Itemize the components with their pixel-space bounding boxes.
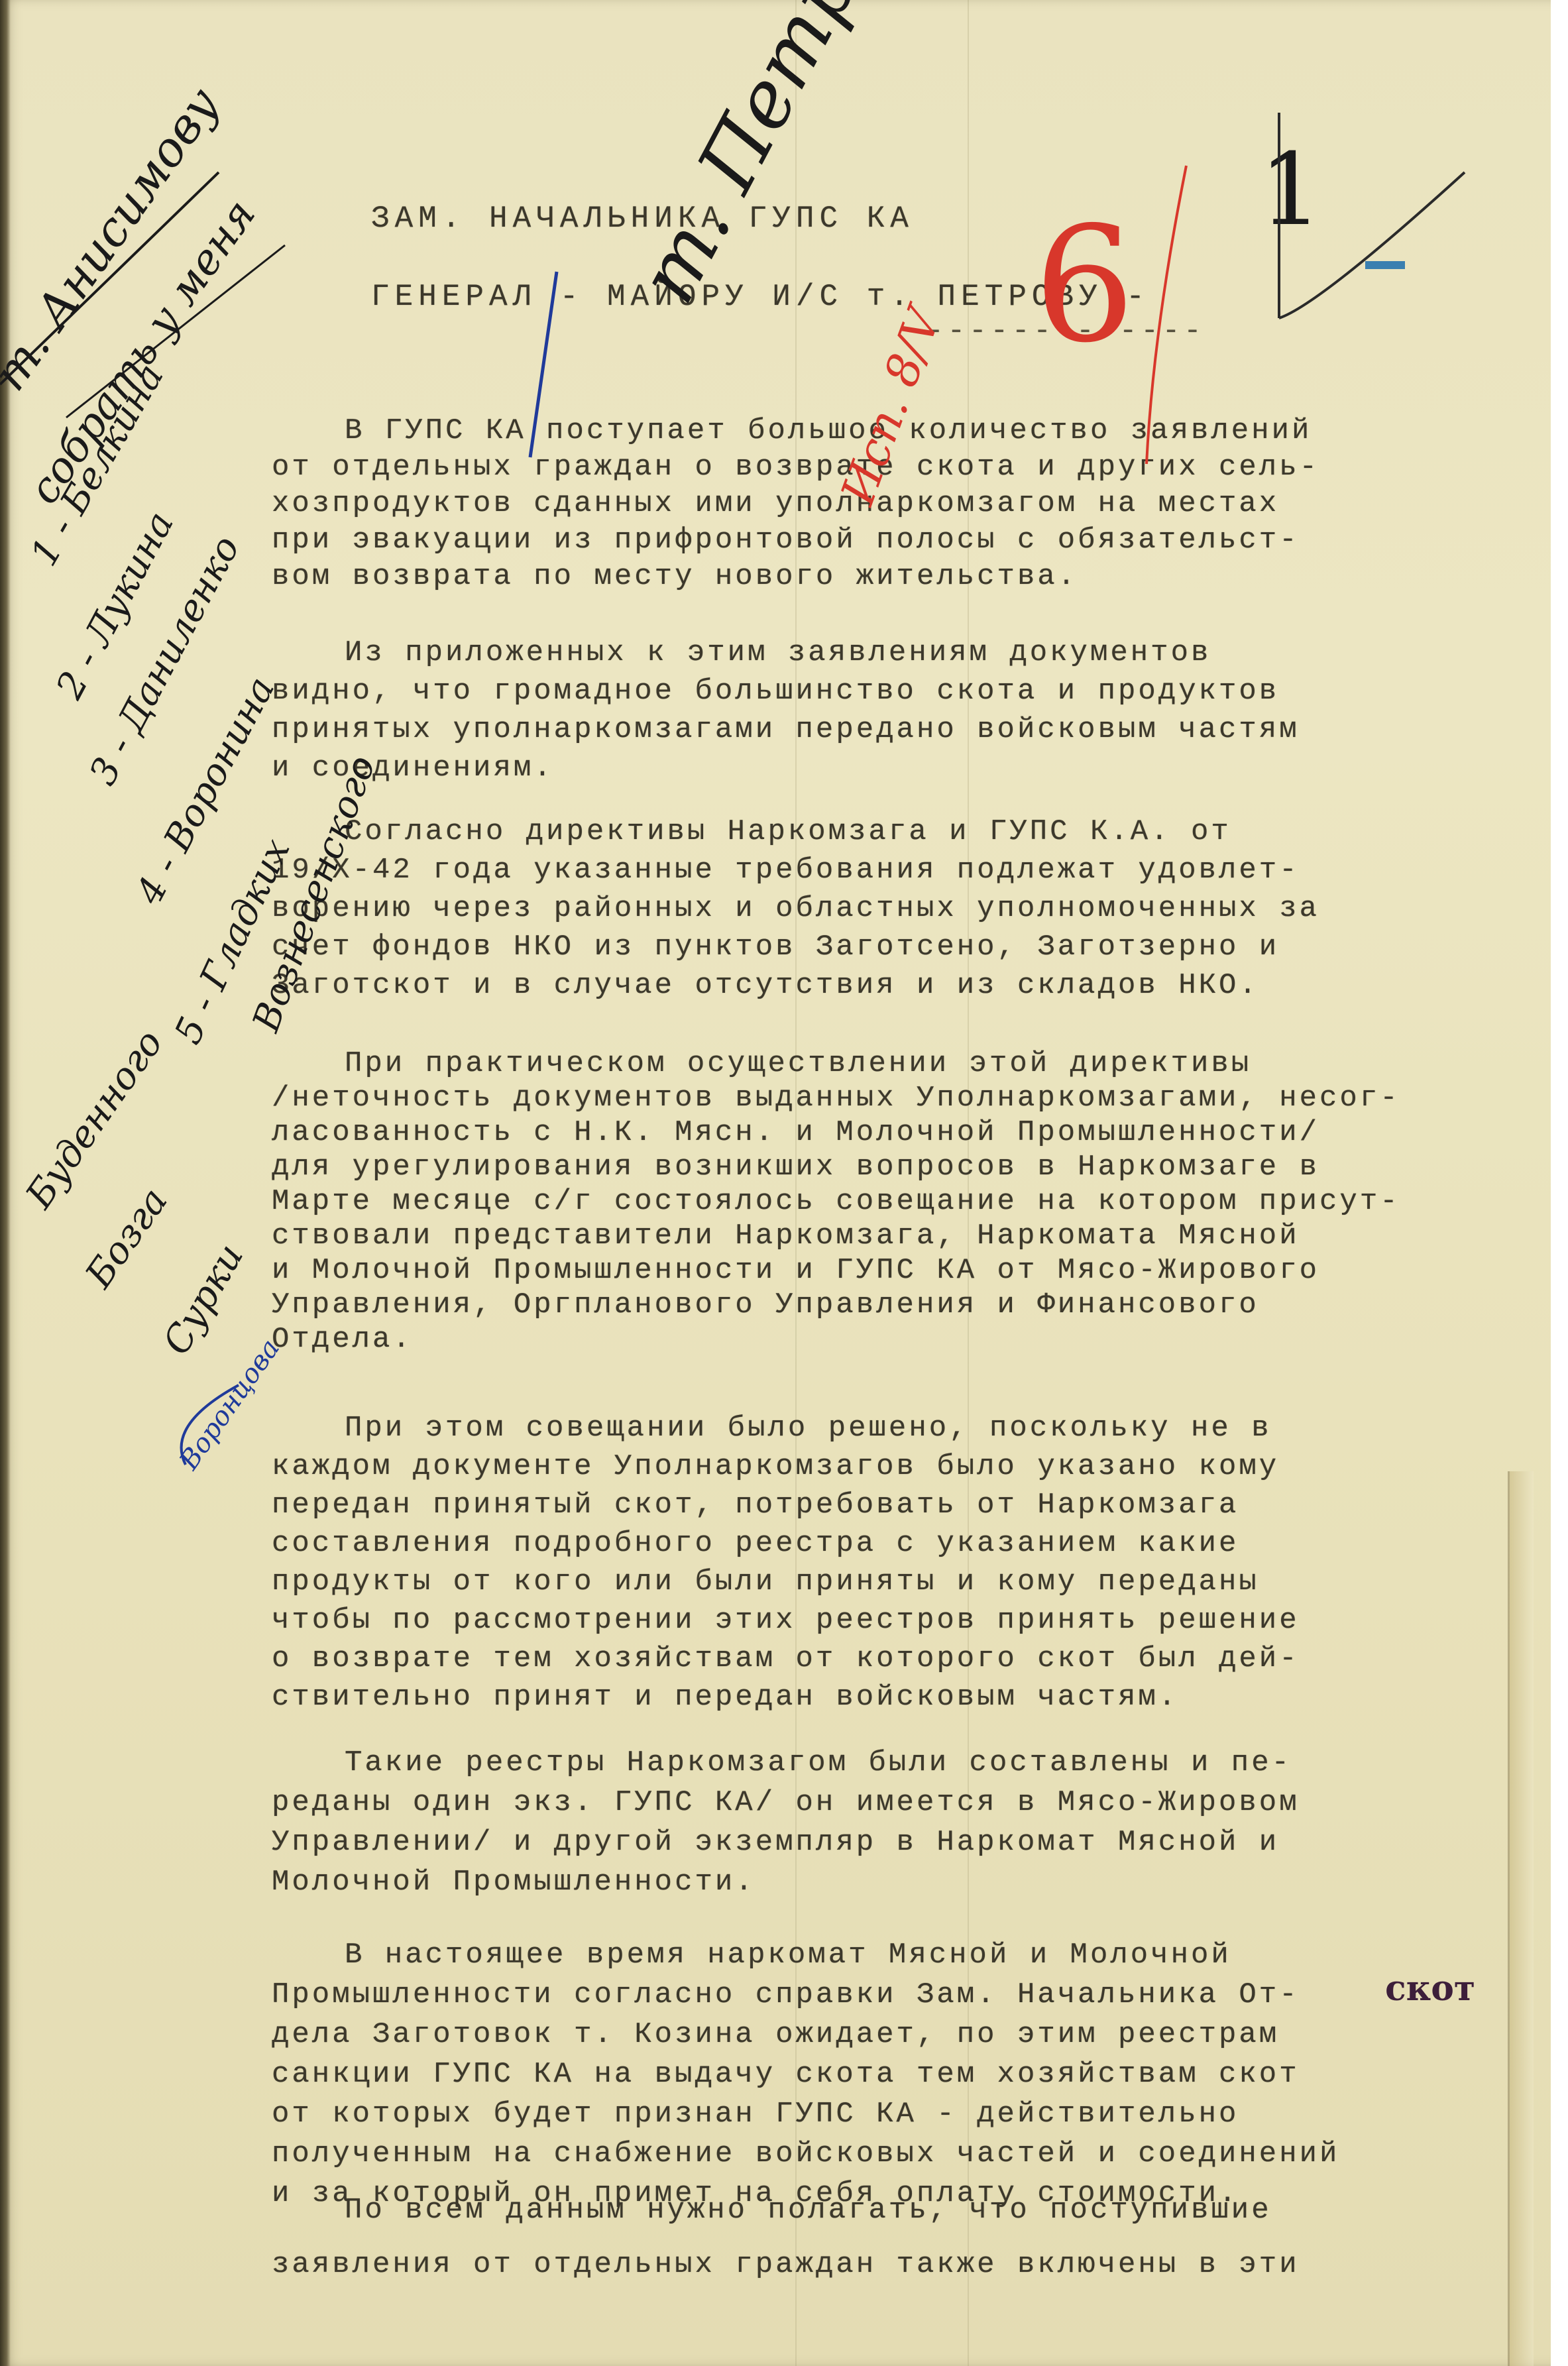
memo-line: Отдела. <box>272 1320 413 1359</box>
memo-line: для урегулирования возникших вопросов в … <box>272 1147 1319 1187</box>
memo-line: от которых будет признан ГУПС КА - дейст… <box>272 2094 1239 2134</box>
memo-line: реданы один экз. ГУПС КА/ он имеется в М… <box>272 1783 1300 1823</box>
memo-line: ствительно принят и передан войсковым ча… <box>272 1677 1178 1717</box>
memo-line: ворению через районных и областных уполн… <box>272 889 1319 929</box>
memo-line: Промышленности согласно справки Зам. Нач… <box>272 1975 1300 2015</box>
margin-note-line: Бозга <box>78 1180 176 1296</box>
memo-line: продукты от кого или были приняты и кому… <box>272 1562 1259 1602</box>
memo-line: составления подробного реестра с указани… <box>272 1524 1239 1563</box>
memo-line: По всем данным нужно полагать, что посту… <box>345 2190 1272 2230</box>
torn-edge <box>1508 1471 1534 2366</box>
memo-line: Такие реестры Наркомзагом были составлен… <box>345 1743 1292 1783</box>
memo-line: Согласно директивы Наркомзага и ГУПС К.А… <box>345 812 1231 852</box>
memo-line: Марте месяце с/г состоялось совещание на… <box>272 1182 1400 1221</box>
memo-line: В ГУПС КА поступает большое количество з… <box>345 411 1312 451</box>
memo-line: Молочной Промышленности. <box>272 1862 756 1902</box>
memo-line: о возврате тем хозяйствам от которого ск… <box>272 1639 1300 1679</box>
addressee-name: ГЕНЕРАЛ - МАЙОРУ И/С т. ПЕТРОВУ.- <box>371 277 1150 317</box>
memo-line: заявления от отдельных граждан также вкл… <box>272 2245 1300 2284</box>
memo-line: хозпродуктов сданных ими уполнаркомзагом… <box>272 484 1279 524</box>
memo-line: принятых уполнаркомзагами передано войск… <box>272 710 1300 750</box>
memo-line: от отдельных граждан о возврате скота и … <box>272 447 1319 487</box>
memo-line: ласованность с Н.К. Мясн. и Молочной Про… <box>272 1113 1319 1153</box>
memo-line: ствовали представители Наркомзага, Нарко… <box>272 1216 1300 1256</box>
handwritten-page-number: 1 <box>1259 133 1322 248</box>
memo-line: /неточность документов выданных Уполнарк… <box>272 1078 1400 1118</box>
memo-line: чтобы по рассмотрении этих реестров прин… <box>272 1601 1300 1640</box>
handwritten-resolution: т. Петров 8/V <box>621 0 995 317</box>
memo-line: счет фондов НКО из пунктов Заготсено, За… <box>272 927 1279 967</box>
memo-line: Заготскот и в случае отсутствия и из скл… <box>272 966 1259 1005</box>
memo-line: полученным на снабжение войсковых частей… <box>272 2134 1339 2174</box>
memo-line: видно, что громадное большинство скота и… <box>272 671 1279 711</box>
memo-line: При практическом осуществлении этой дире… <box>345 1044 1251 1084</box>
memo-line: и соединениям. <box>272 748 554 788</box>
memo-line: 19/Х-42 года указанные требования подлеж… <box>272 850 1300 890</box>
memo-line: вом возврата по месту нового жительства. <box>272 557 1078 596</box>
red-pencil-mark: 6 <box>1034 192 1135 378</box>
memo-line: Управлении/ и другой экземпляр в Наркома… <box>272 1823 1279 1862</box>
memo-line: передан принятый скот, потребовать от На… <box>272 1485 1239 1525</box>
memo-line: санкции ГУПС КА на выдачу скота тем хозя… <box>272 2055 1300 2094</box>
memo-line: при эвакуации из прифронтовой полосы с о… <box>272 520 1300 560</box>
document-page: ЗАМ. НАЧАЛЬНИКА ГУПС КА ГЕНЕРАЛ - МАЙОРУ… <box>0 0 1551 2366</box>
memo-line: Из приложенных к этим заявлениям докумен… <box>345 633 1211 673</box>
memo-line: В настоящее время наркомат Мясной и Моло… <box>345 1935 1231 1975</box>
memo-line: При этом совещании было решено, поскольк… <box>345 1408 1272 1448</box>
inline-correction: скот <box>1385 1968 1475 2009</box>
memo-line: Управления, Оргпланового Управления и Фи… <box>272 1285 1259 1325</box>
memo-line: каждом документе Уполнаркомзагов было ук… <box>272 1447 1279 1487</box>
margin-note-line: Сурки <box>155 1237 252 1362</box>
memo-line: дела Заготовок т. Козина ожидает, по эти… <box>272 2015 1279 2055</box>
memo-line: и Молочной Промышленности и ГУПС КА от М… <box>272 1251 1319 1290</box>
